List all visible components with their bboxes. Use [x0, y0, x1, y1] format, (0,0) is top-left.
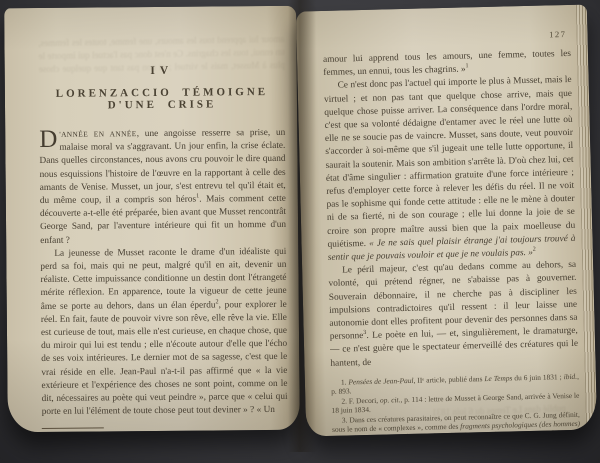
text-run: 'année en année [59, 129, 136, 139]
text-run: , IIᵉ article, publié dans [413, 374, 484, 385]
right-page-text: amour lui apprend tous les amours, une f… [323, 48, 579, 371]
text-run: ibid. [564, 372, 578, 381]
text-run: 2. F. Decori, [341, 395, 380, 405]
paragraph: Ce n'est donc pas l'actuel qui importe l… [324, 74, 576, 265]
left-page-content: IV LORENZACCIO TÉMOIGNE D'UNE CRISE D'an… [38, 40, 288, 432]
text-run: 2 [533, 246, 536, 253]
paragraph: La jeunesse de Musset raconte le drame d… [40, 246, 287, 420]
text-run: Le Temps [484, 373, 512, 383]
text-run: [s]. Cf. [553, 428, 580, 436]
text-run: . Le poète en lui, — et, singulièrement,… [330, 326, 578, 368]
chapter-title: LORENZACCIO TÉMOIGNE D'UNE CRISE [39, 86, 285, 112]
chapter-number: IV [39, 64, 285, 78]
text-run: amour lui apprend tous les amours, une f… [323, 49, 571, 78]
photo-background: amour lui apprend tous les amours, une f… [0, 0, 600, 463]
footnote-rule [42, 428, 104, 430]
text-run: Ce n'est donc pas l'actuel qui importe l… [324, 75, 575, 249]
paragraph-opening: D'année en année, une angoisse resserre … [39, 126, 286, 248]
right-page: 127 amour lui apprend tous les amours, u… [296, 5, 597, 437]
paragraph: Le péril majeur, c'est qu'au dedans comm… [328, 259, 579, 371]
text-run: du 6 juin 1831 ; [512, 372, 563, 382]
left-page: amour lui apprend tous les amours, une f… [4, 6, 300, 433]
right-page-content: 127 amour lui apprend tous les amours, u… [322, 29, 580, 437]
text-run: 1 [465, 63, 468, 70]
text-run: , pour explorer le réel. En fait, faute … [41, 299, 288, 417]
text-run: Pensées de Jean-Paul [348, 376, 413, 387]
text-run: op. cit. [380, 395, 401, 404]
left-page-text: D'année en année, une angoisse resserre … [39, 126, 288, 420]
right-page-footnotes: 1. Pensées de Jean-Paul, IIᵉ article, pu… [331, 372, 581, 437]
drop-cap: D [39, 128, 59, 150]
page-number: 127 [322, 29, 570, 45]
page-stack-edge [576, 5, 597, 430]
